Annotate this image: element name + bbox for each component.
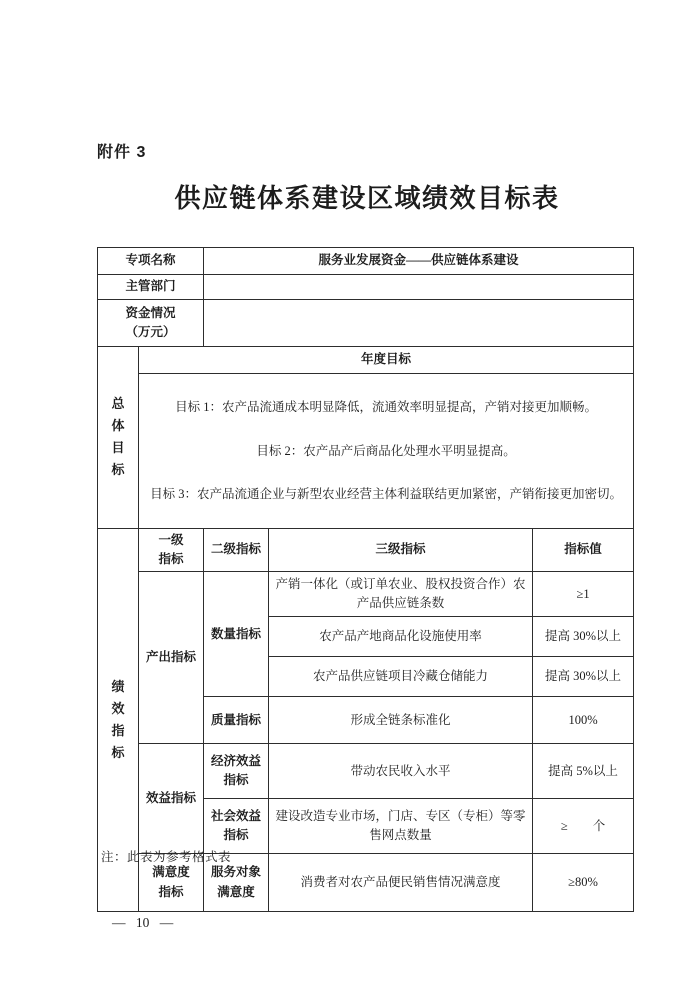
attachment-label: 附件 3	[97, 139, 146, 162]
indicator-facility-usage-rate: 农产品产地商品化设施使用率	[269, 617, 533, 657]
overall-goal-side-label: 总体目标	[111, 393, 125, 481]
level2-economic-benefit: 经济效益 指标	[204, 744, 269, 799]
goal-line-2: 目标 2：农产品产后商品化处理水平明显提高。	[144, 439, 628, 463]
level2-quality-indicators: 质量指标	[204, 697, 269, 744]
overall-goal-side-cell: 总体目标	[98, 347, 139, 529]
indicator-farmer-income-level: 带动农民收入水平	[269, 744, 533, 799]
page-number: — 10 —	[112, 915, 173, 931]
value-farmer-income-level: 提高 5%以上	[533, 744, 634, 799]
department-value	[204, 275, 634, 300]
performance-target-table: 专项名称 服务业发展资金——供应链体系建设 主管部门 资金情况 （万元） 总体目…	[97, 247, 634, 912]
indicator-retail-outlet-count: 建设改造专业市场，门店、专区（专柜）等零 售网点数量	[269, 799, 533, 854]
goal-line-1: 目标 1：农产品流通成本明显降低，流通效率明显提高，产销对接更加顺畅。	[144, 395, 628, 419]
funding-label: 资金情况 （万元）	[98, 300, 204, 347]
indicator-row-supply-chains: 产出指标 数量指标 产销一体化（或订单农业、股权投资合作）农 产品供应链条数 ≥…	[98, 572, 634, 617]
annual-goals-cell: 目标 1：农产品流通成本明显降低，流通效率明显提高，产销对接更加顺畅。 目标 2…	[139, 374, 634, 529]
document-title: 供应链体系建设区域绩效目标表	[97, 178, 637, 215]
indicator-full-chain-standardization: 形成全链条标准化	[269, 697, 533, 744]
indicator-row-farmer-income: 效益指标 经济效益 指标 带动农民收入水平 提高 5%以上	[98, 744, 634, 799]
project-name-value: 服务业发展资金——供应链体系建设	[204, 248, 634, 275]
table-footnote: 注：此表为参考格式表	[101, 847, 231, 865]
info-row-department: 主管部门	[98, 275, 634, 300]
value-consumer-satisfaction: ≥80%	[533, 854, 634, 912]
info-row-project-name: 专项名称 服务业发展资金——供应链体系建设	[98, 248, 634, 275]
level2-quantity-indicators: 数量指标	[204, 572, 269, 697]
level1-output-indicators: 产出指标	[139, 572, 204, 744]
funding-value	[204, 300, 634, 347]
goal-line-3: 目标 3：农产品流通企业与新型农业经营主体利益联结更加紧密，产销衔接更加密切。	[144, 482, 628, 506]
indicator-supply-chain-count: 产销一体化（或订单农业、股权投资合作）农 产品供应链条数	[269, 572, 533, 617]
value-cold-storage-capacity: 提高 30%以上	[533, 657, 634, 697]
overall-goal-body-row: 目标 1：农产品流通成本明显降低，流通效率明显提高，产销对接更加顺畅。 目标 2…	[98, 374, 634, 529]
project-name-label: 专项名称	[98, 248, 204, 275]
overall-goal-header-row: 总体目标 年度目标	[98, 347, 634, 374]
level1-benefit-indicators: 效益指标	[139, 744, 204, 854]
value-supply-chain-count: ≥1	[533, 572, 634, 617]
indicator-consumer-satisfaction: 消费者对农产品便民销售情况满意度	[269, 854, 533, 912]
indicator-header-row: 绩效指标 一级 指标 二级指标 三级指标 指标值	[98, 528, 634, 572]
value-facility-usage-rate: 提高 30%以上	[533, 617, 634, 657]
header-level1: 一级 指标	[139, 528, 204, 572]
header-value: 指标值	[533, 528, 634, 572]
header-level2: 二级指标	[204, 528, 269, 572]
performance-side-label: 绩效指标	[111, 676, 125, 764]
annual-goal-header: 年度目标	[139, 347, 634, 374]
department-label: 主管部门	[98, 275, 204, 300]
header-level3: 三级指标	[269, 528, 533, 572]
level2-social-benefit: 社会效益 指标	[204, 799, 269, 854]
value-retail-outlet-count: ≥ 个	[533, 799, 634, 854]
value-full-chain-standardization: 100%	[533, 697, 634, 744]
info-row-funding: 资金情况 （万元）	[98, 300, 634, 347]
indicator-cold-storage-capacity: 农产品供应链项目冷藏仓储能力	[269, 657, 533, 697]
